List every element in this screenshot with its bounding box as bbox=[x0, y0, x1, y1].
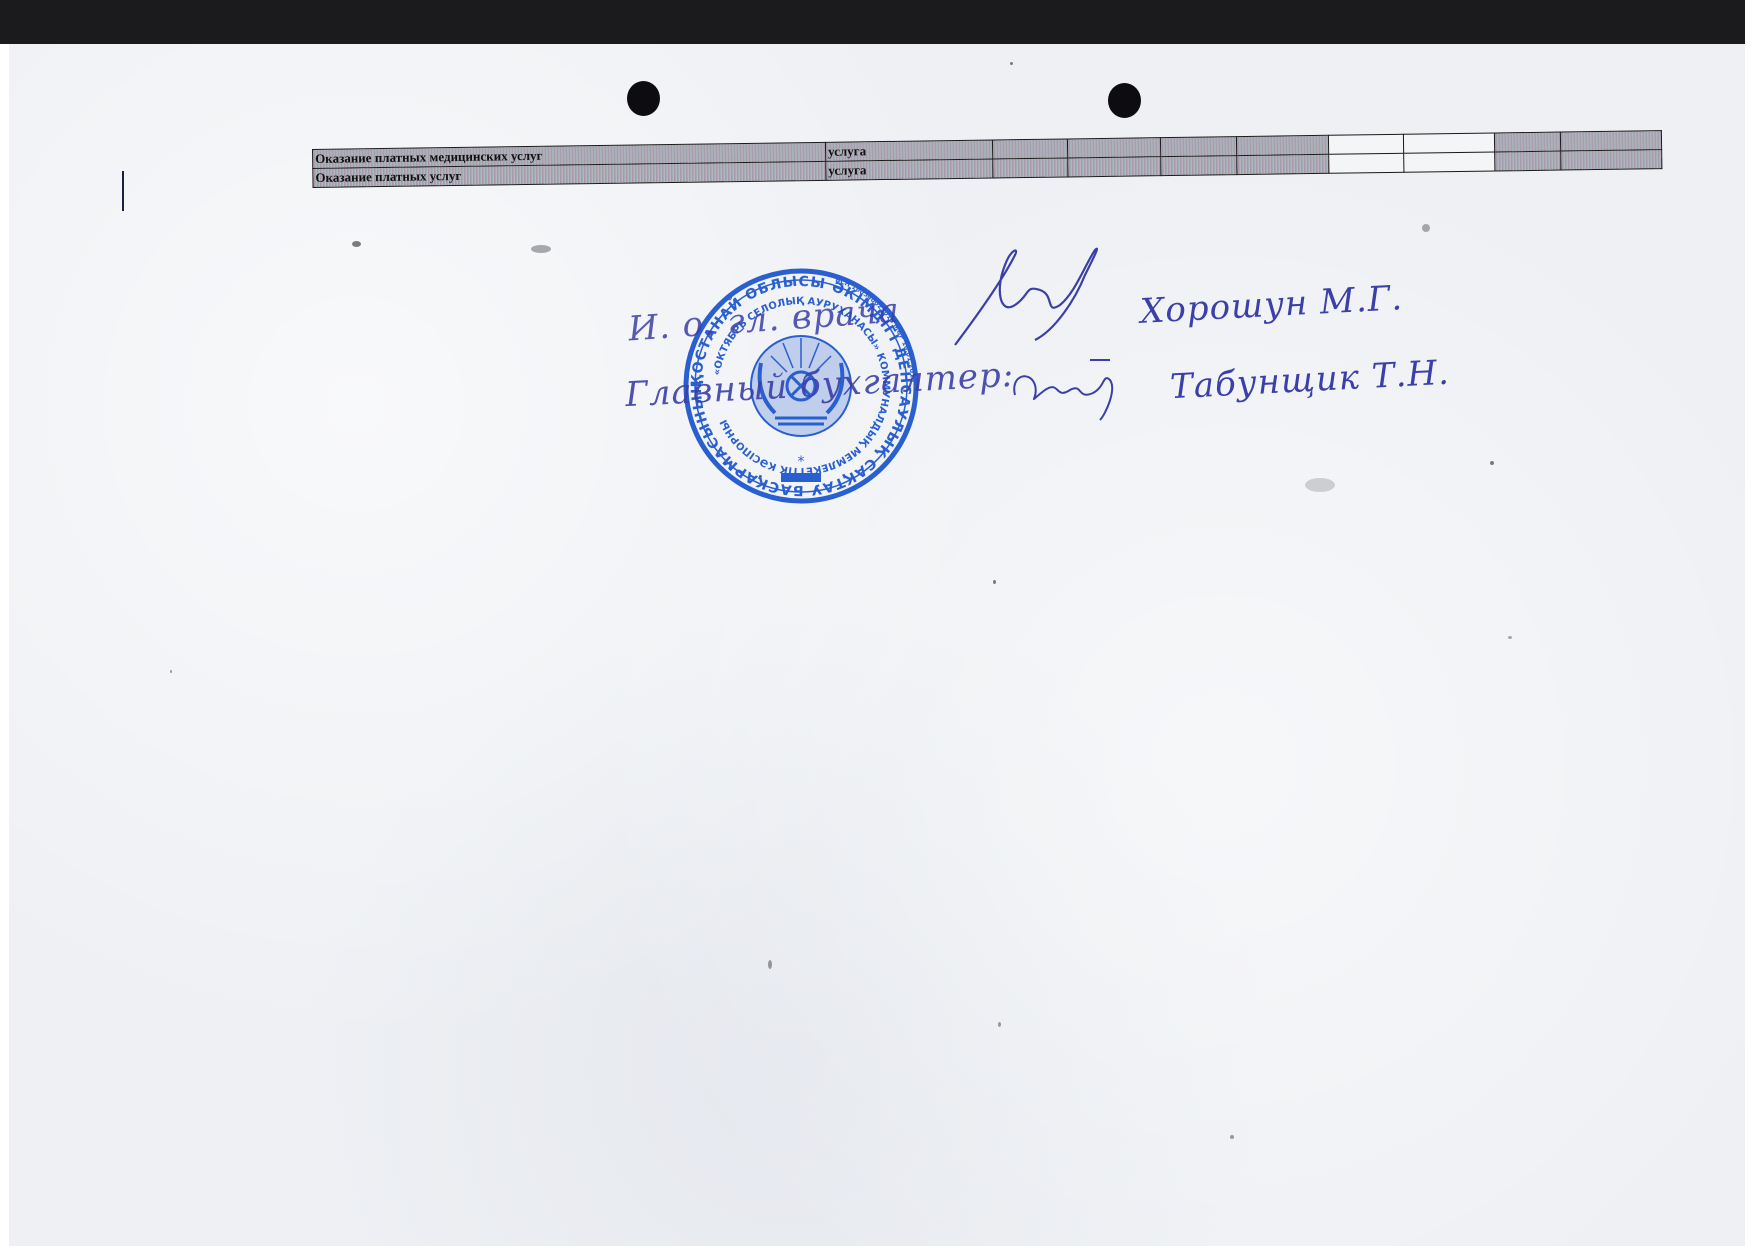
table-cell bbox=[1404, 152, 1495, 172]
document-page bbox=[9, 44, 1745, 1246]
scan-speck bbox=[1490, 461, 1494, 465]
table-cell bbox=[1494, 132, 1560, 152]
table-cell bbox=[993, 158, 1068, 178]
scan-speck bbox=[993, 580, 996, 584]
scan-speck bbox=[531, 245, 551, 253]
signature-1-scribble bbox=[945, 245, 1125, 355]
scan-speck bbox=[1230, 1135, 1234, 1139]
punch-hole-left bbox=[627, 81, 660, 116]
service-unit: услуга bbox=[825, 140, 992, 161]
scan-speck bbox=[1422, 224, 1430, 232]
table-cell bbox=[1237, 154, 1329, 174]
table-cell bbox=[1068, 157, 1161, 177]
scan-speck bbox=[170, 670, 172, 673]
signature-2-scribble bbox=[1005, 355, 1135, 425]
table-cell bbox=[1160, 137, 1236, 157]
scanner-edge-top bbox=[0, 0, 1745, 44]
table-cell bbox=[1236, 135, 1328, 155]
scan-speck bbox=[1010, 62, 1013, 65]
table-cell bbox=[1560, 131, 1661, 151]
table-cell bbox=[1561, 150, 1662, 170]
table-cell bbox=[1328, 134, 1403, 154]
star-icon: * bbox=[798, 454, 805, 470]
scan-speck bbox=[1508, 636, 1512, 639]
scan-speck bbox=[1305, 478, 1335, 492]
punch-hole-right bbox=[1108, 83, 1141, 118]
service-unit: услуга bbox=[826, 159, 993, 180]
scan-speck bbox=[998, 1022, 1001, 1027]
table-cell bbox=[1403, 133, 1494, 153]
table-cell bbox=[1495, 151, 1561, 171]
scan-speck bbox=[352, 241, 361, 247]
table-cell bbox=[1067, 138, 1160, 158]
margin-mark bbox=[122, 171, 124, 211]
table-cell bbox=[992, 139, 1067, 159]
table-cell bbox=[1161, 156, 1237, 176]
scan-speck bbox=[768, 960, 772, 969]
table-cell bbox=[1329, 153, 1404, 173]
